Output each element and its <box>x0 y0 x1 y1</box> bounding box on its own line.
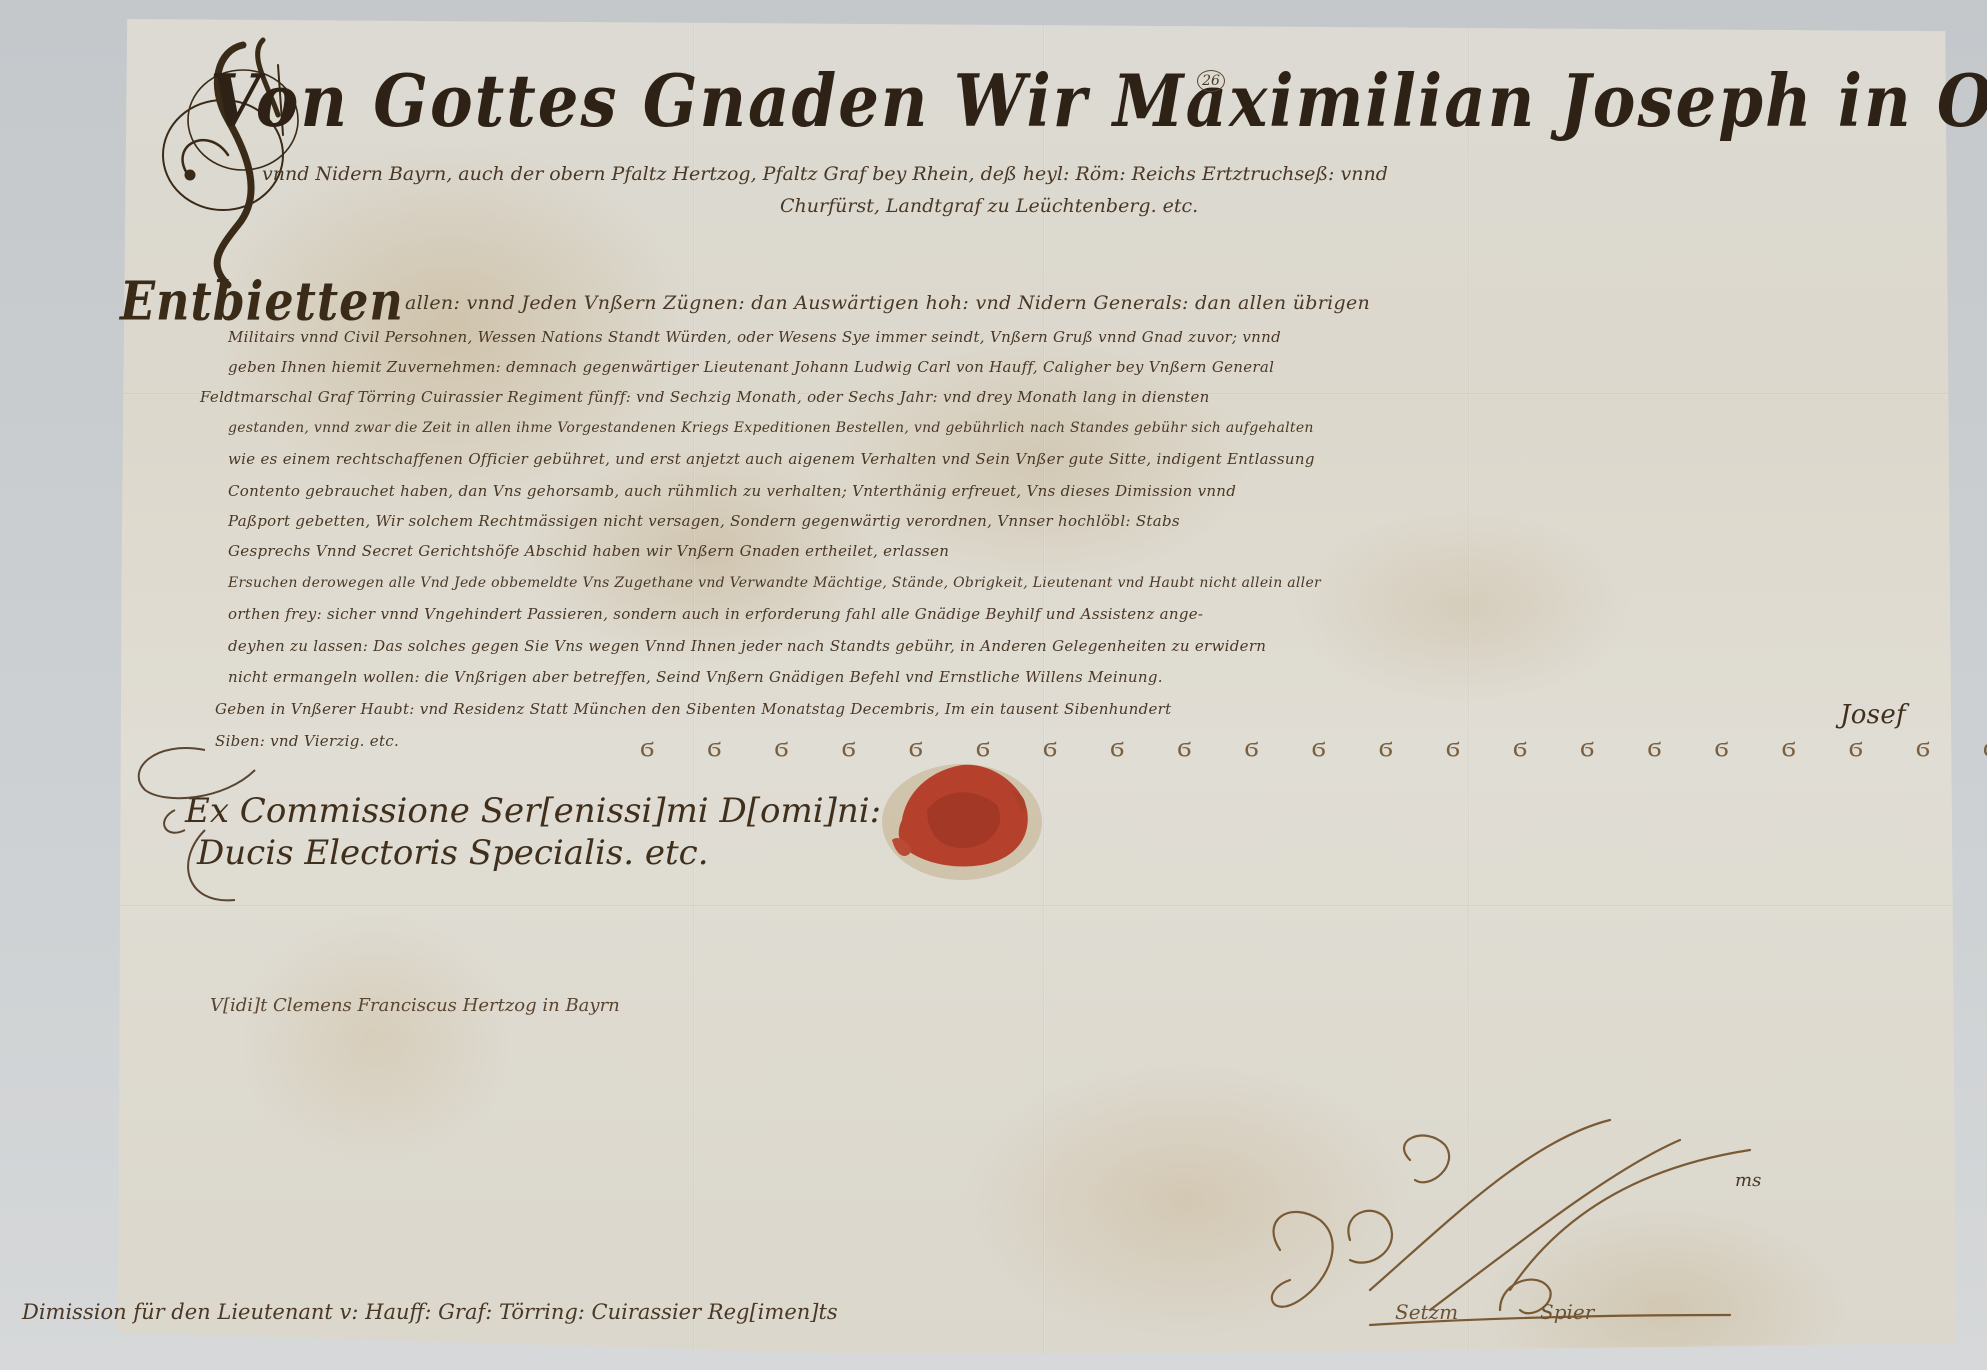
commission-flourish-icon <box>115 730 335 910</box>
signature-suffix: ms <box>1735 1170 1761 1191</box>
body-line: geben Ihnen hiemit Zuvernehmen: demnach … <box>228 358 1274 376</box>
title-line: Churfürst, Landtgraf zu Leüchtenberg. et… <box>780 195 1198 217</box>
page-number-mark: 26 <box>1197 70 1225 92</box>
fold-line-vertical <box>1043 15 1045 1362</box>
ruler-signature-icon <box>1250 1110 1810 1350</box>
fold-line-horizontal <box>118 905 1960 907</box>
body-line: Paßport gebetten, Wir solchem Rechtmässi… <box>228 512 1180 530</box>
wax-seal-icon <box>872 750 1052 880</box>
body-line: gestanden, vnnd zwar die Zeit in allen i… <box>228 420 1314 436</box>
body-line: nicht ermangeln wollen: die Vnßrigen abe… <box>228 668 1163 686</box>
body-line: wie es einem rechtschaffenen Officier ge… <box>228 450 1315 468</box>
closing-flourish: Josef <box>1840 700 1906 730</box>
fold-line-vertical <box>693 15 695 1362</box>
body-line: deyhen zu lassen: Das solches gegen Sie … <box>228 637 1266 655</box>
salutation-word: Entbietten <box>120 270 404 332</box>
document-heading: Von Gottes Gnaden Wir Maximilian Joseph … <box>210 60 1987 144</box>
endorsement-note: Dimission für den Lieutenant v: Hauff: G… <box>22 1300 838 1324</box>
signature-tail: Spier <box>1540 1300 1594 1324</box>
body-line: Gesprechs Vnnd Secret Gerichtshöfe Absch… <box>228 542 949 560</box>
body-line: allen: vnnd Jeden Vnßern Zügnen: dan Aus… <box>405 292 1370 314</box>
body-line: Ersuchen derowegen alle Vnd Jede obbemel… <box>228 575 1321 591</box>
countersignature: V[idi]t Clemens Franciscus Hertzog in Ba… <box>210 995 620 1016</box>
loop-ornament: ϭ ϭ ϭ ϭ ϭ ϭ ϭ ϭ ϭ ϭ ϭ ϭ ϭ ϭ ϭ ϭ ϭ ϭ ϭ ϭ … <box>640 730 1987 764</box>
signature-name: Setzm <box>1395 1300 1458 1324</box>
body-line: orthen frey: sicher vnnd Vngehindert Pas… <box>228 605 1203 623</box>
body-line: Militairs vnnd Civil Persohnen, Wessen N… <box>228 328 1281 346</box>
body-line: Contento gebrauchet haben, dan Vns gehor… <box>228 482 1236 500</box>
body-line: Geben in Vnßerer Haubt: vnd Residenz Sta… <box>215 700 1171 718</box>
body-line: Feldtmarschal Graf Törring Cuirassier Re… <box>200 388 1210 406</box>
title-line: vnnd Nidern Bayrn, auch der obern Pfaltz… <box>262 163 1388 185</box>
